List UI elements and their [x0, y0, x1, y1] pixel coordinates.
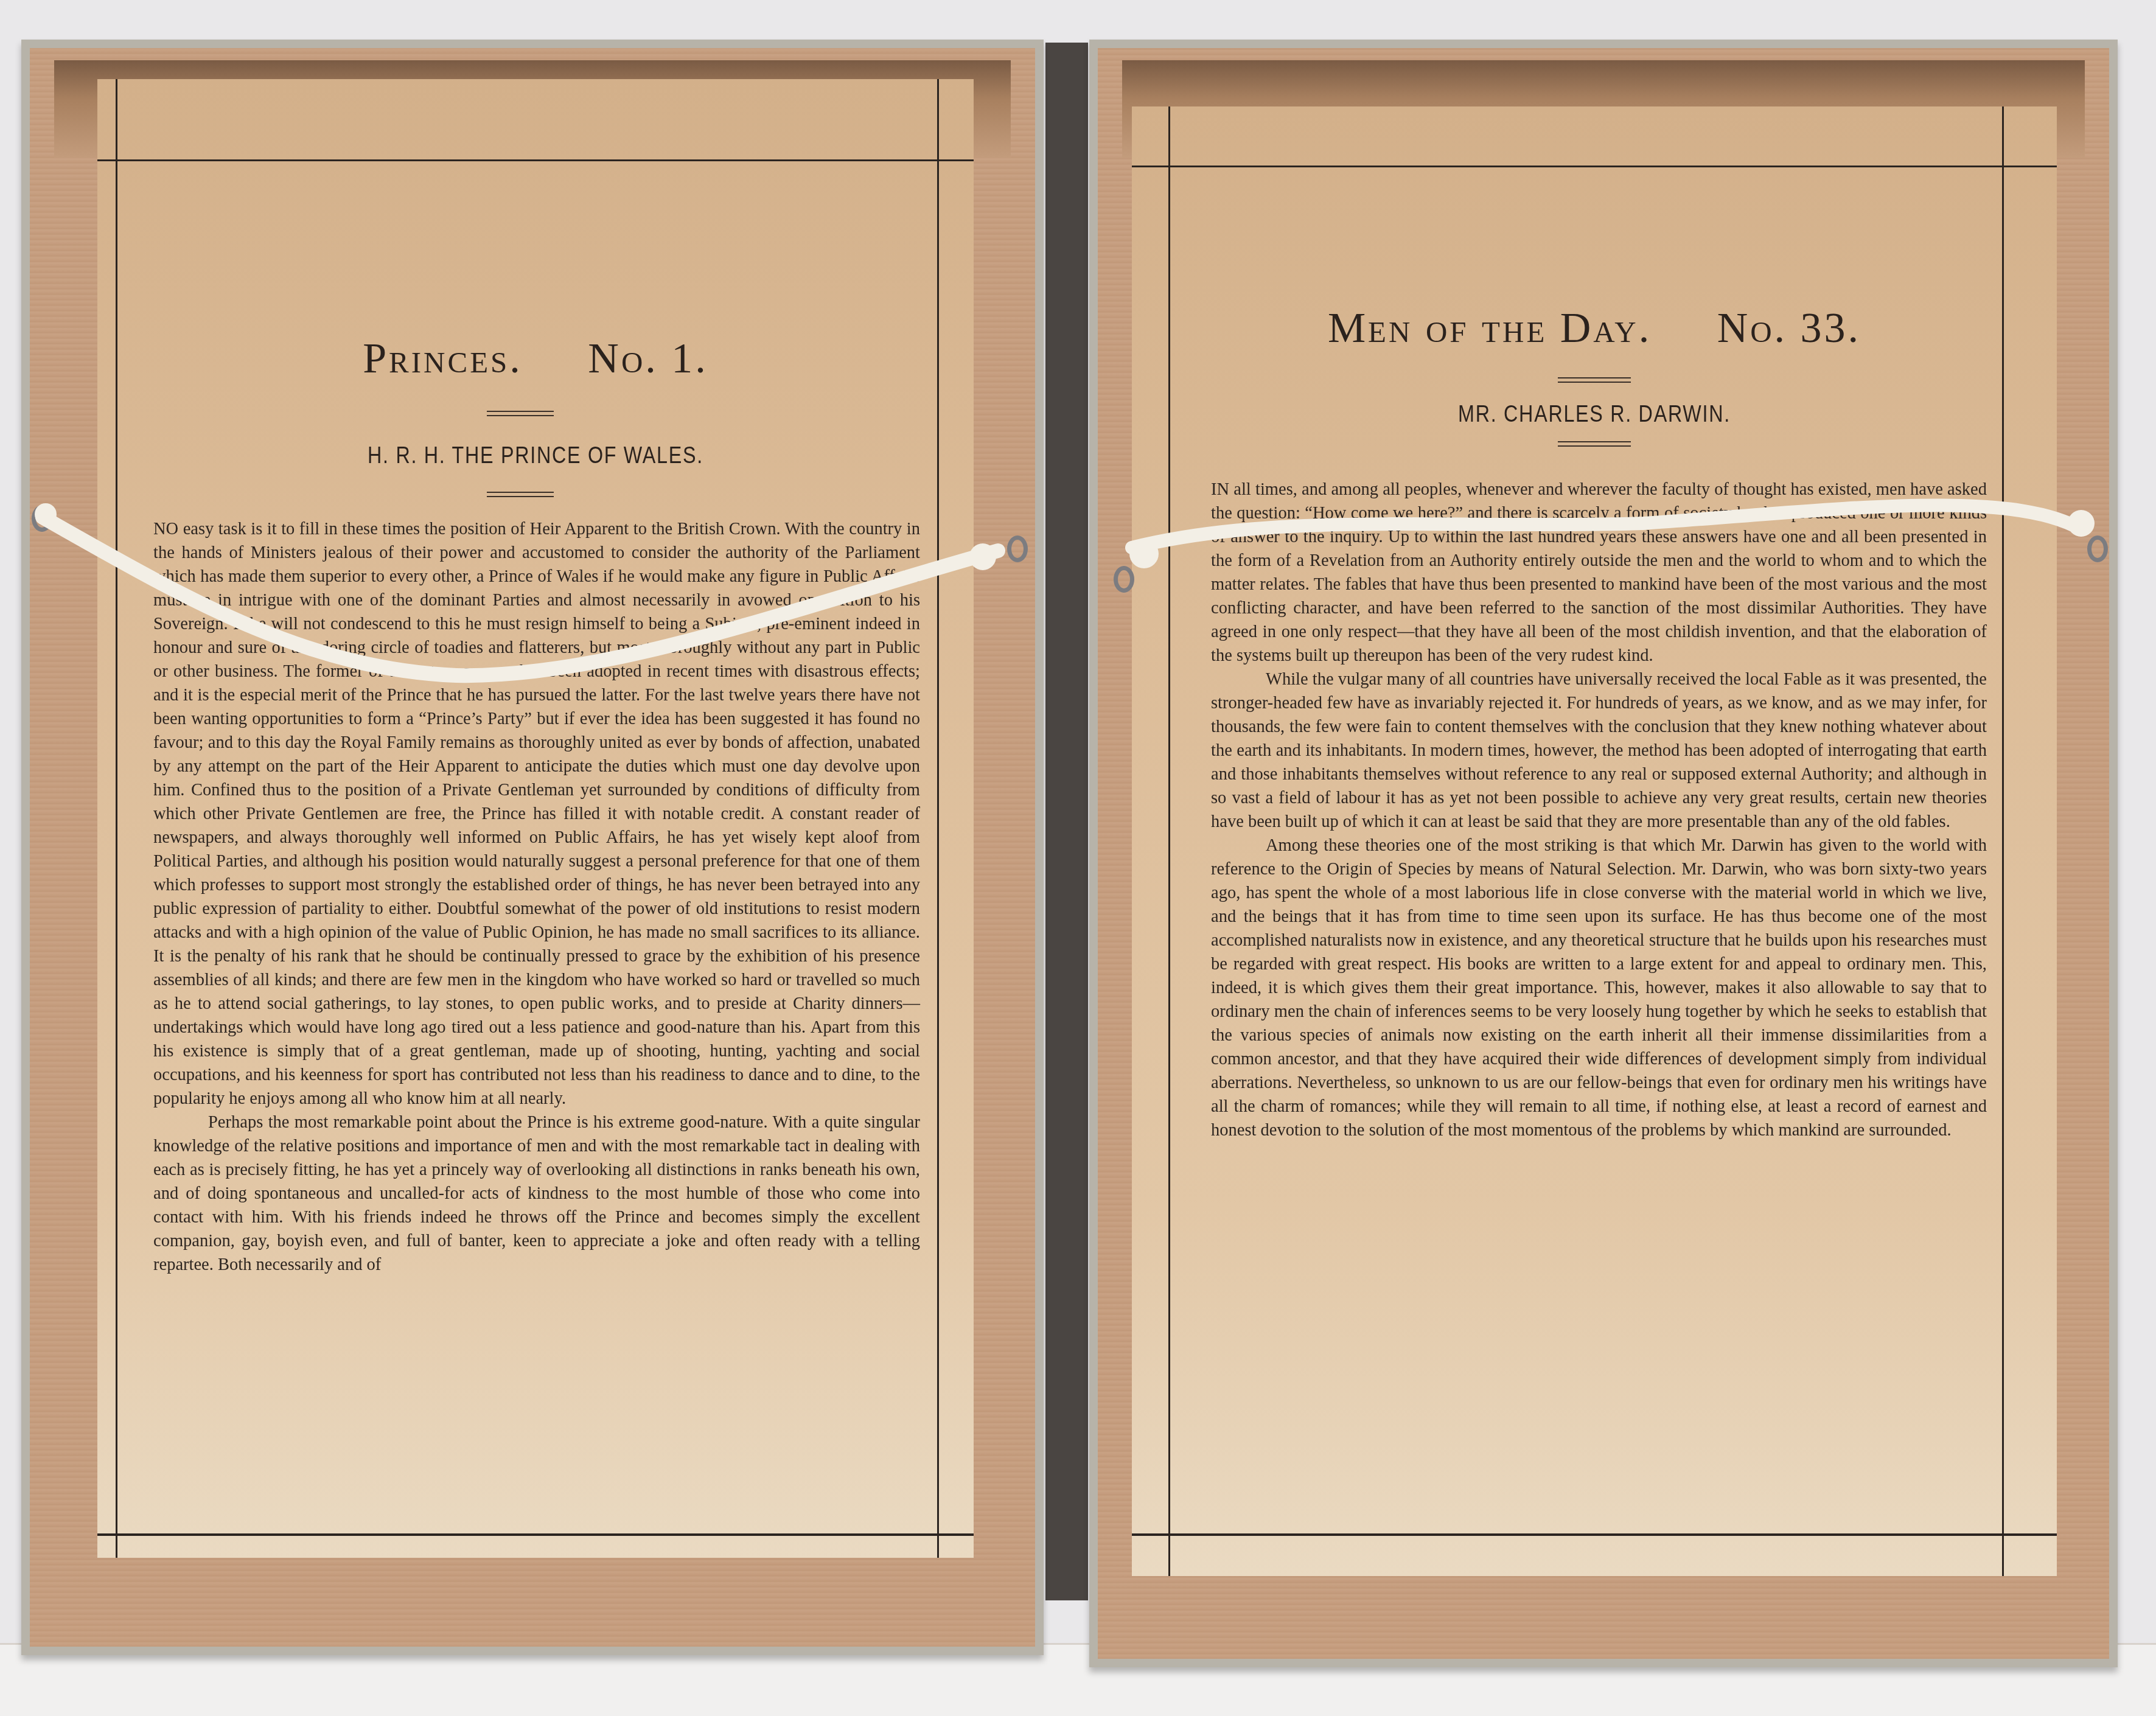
left-document-page: Princes. No. 1. H. R. H. THE PRINCE OF W… [97, 79, 974, 1558]
series-title-text: Princes. [363, 335, 523, 382]
title-divider [487, 411, 554, 416]
series-title-text: Men of the Day. [1328, 305, 1652, 352]
subject-divider [487, 492, 554, 497]
series-number: No. 1. [588, 335, 708, 382]
frame-gap [1045, 43, 1088, 1600]
border-line-top [1132, 166, 2057, 167]
document-series-title: Princes. No. 1. [97, 335, 974, 383]
article-body: NO easy task is it to fill in these time… [153, 517, 920, 1277]
border-line-bottom [1132, 1533, 2057, 1536]
right-frame-ring-right [2087, 535, 2108, 562]
border-line-bottom [97, 1533, 974, 1536]
paragraph: NO easy task is it to fill in these time… [153, 517, 920, 1111]
left-frame-ring-right [1007, 535, 1028, 562]
series-number: No. 33. [1717, 305, 1861, 352]
paragraph: Perhaps the most remarkable point about … [153, 1111, 920, 1277]
left-frame-ring-left [32, 505, 52, 532]
subject-divider [1558, 441, 1631, 447]
right-frame-ring-left [1114, 566, 1134, 593]
border-line-left [116, 79, 117, 1558]
document-series-title: Men of the Day. No. 33. [1132, 304, 2057, 353]
document-subject: MR. CHARLES R. DARWIN. [1201, 402, 1987, 428]
border-line-top [97, 159, 974, 161]
article-body: IN all times, and among all peoples, whe… [1211, 478, 1987, 1142]
right-document-page: Men of the Day. No. 33. MR. CHARLES R. D… [1132, 106, 2057, 1576]
paragraph: While the vulgar many of all countries h… [1211, 668, 1987, 834]
paragraph: Among these theories one of the most str… [1211, 834, 1987, 1142]
title-divider [1558, 377, 1631, 383]
border-line-right [937, 79, 939, 1558]
paragraph: IN all times, and among all peoples, whe… [1211, 478, 1987, 668]
document-subject: H. R. H. THE PRINCE OF WALES. [163, 443, 908, 469]
